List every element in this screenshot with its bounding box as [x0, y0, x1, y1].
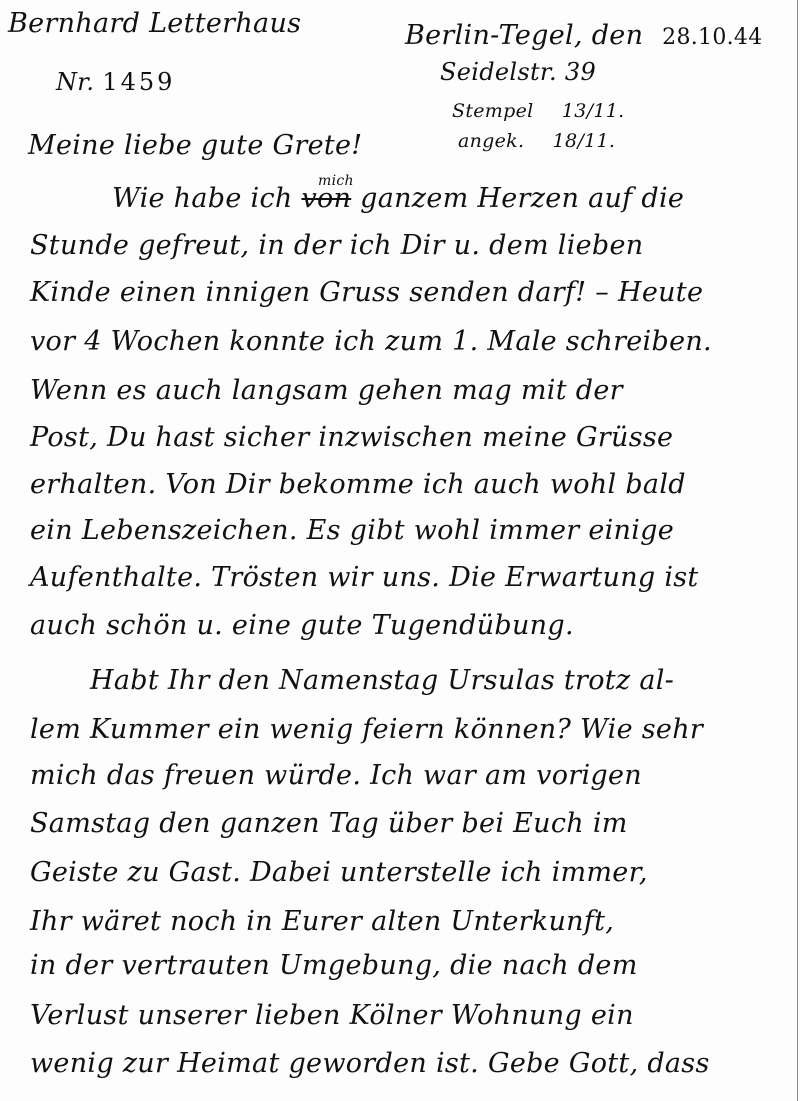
address: Seidelstr. 39 — [440, 58, 596, 86]
body-line: Habt Ihr den Namenstag Ursulas trotz al- — [90, 665, 674, 696]
body-line: Verlust unserer lieben Kölner Wohnung ei… — [30, 1000, 634, 1031]
stamp-date: 13/11. — [562, 100, 625, 122]
body-line: Ihr wäret noch in Eurer alten Unterkunft… — [30, 906, 614, 937]
body-line: lem Kummer ein wenig feiern können? Wie … — [30, 714, 703, 745]
stamp-label: Stempel — [452, 100, 534, 122]
body-line: mich das freuen würde. Ich war am vorige… — [30, 760, 642, 791]
stamp-note: Stempel 13/11. — [452, 100, 624, 122]
struck-word: von — [301, 183, 351, 214]
letter-page: Bernhard Letterhaus Nr. 1459 Berlin-Tege… — [0, 0, 800, 1101]
received-note: angek. 18/11. — [458, 130, 615, 152]
letter-date: 28.10.44 — [662, 25, 762, 50]
sender-number-label: Nr. — [56, 68, 94, 96]
body-text: Wie habe ich — [112, 183, 301, 214]
body-line: auch schön u. eine gute Tugendübung. — [30, 610, 574, 641]
received-date: 18/11. — [553, 130, 616, 152]
body-line: Aufenthalte. Trösten wir uns. Die Erwart… — [30, 562, 699, 593]
sender-name: Bernhard Letterhaus — [8, 8, 301, 39]
place: Berlin-Tegel, den — [405, 20, 643, 51]
body-line: Post, Du hast sicher inzwischen meine Gr… — [30, 422, 673, 453]
body-line: Wie habe ich von ganzem Herzen auf die — [112, 183, 684, 214]
place-date: Berlin-Tegel, den 28.10.44 — [405, 20, 763, 51]
body-line: vor 4 Wochen konnte ich zum 1. Male schr… — [30, 326, 712, 357]
body-line: ein Lebenszeichen. Es gibt wohl immer ei… — [30, 515, 674, 546]
body-text: ganzem Herzen auf die — [351, 183, 684, 214]
received-label: angek. — [458, 130, 524, 152]
sender-number: Nr. 1459 — [56, 68, 175, 96]
sender-number-value: 1459 — [102, 68, 175, 96]
body-line: erhalten. Von Dir bekomme ich auch wohl … — [30, 469, 686, 500]
salutation: Meine liebe gute Grete! — [28, 130, 362, 161]
body-line: Geiste zu Gast. Dabei unterstelle ich im… — [30, 857, 648, 888]
body-line: Wenn es auch langsam gehen mag mit der — [30, 375, 623, 406]
body-line: Stunde gefreut, in der ich Dir u. dem li… — [30, 230, 643, 261]
page-edge-line — [797, 0, 798, 1101]
body-line: Samstag den ganzen Tag über bei Euch im — [30, 808, 628, 839]
body-line: wenig zur Heimat geworden ist. Gebe Gott… — [30, 1048, 710, 1079]
body-line: in der vertrauten Umgebung, die nach dem — [30, 950, 638, 981]
body-line: Kinde einen innigen Gruss senden darf! –… — [30, 277, 703, 308]
